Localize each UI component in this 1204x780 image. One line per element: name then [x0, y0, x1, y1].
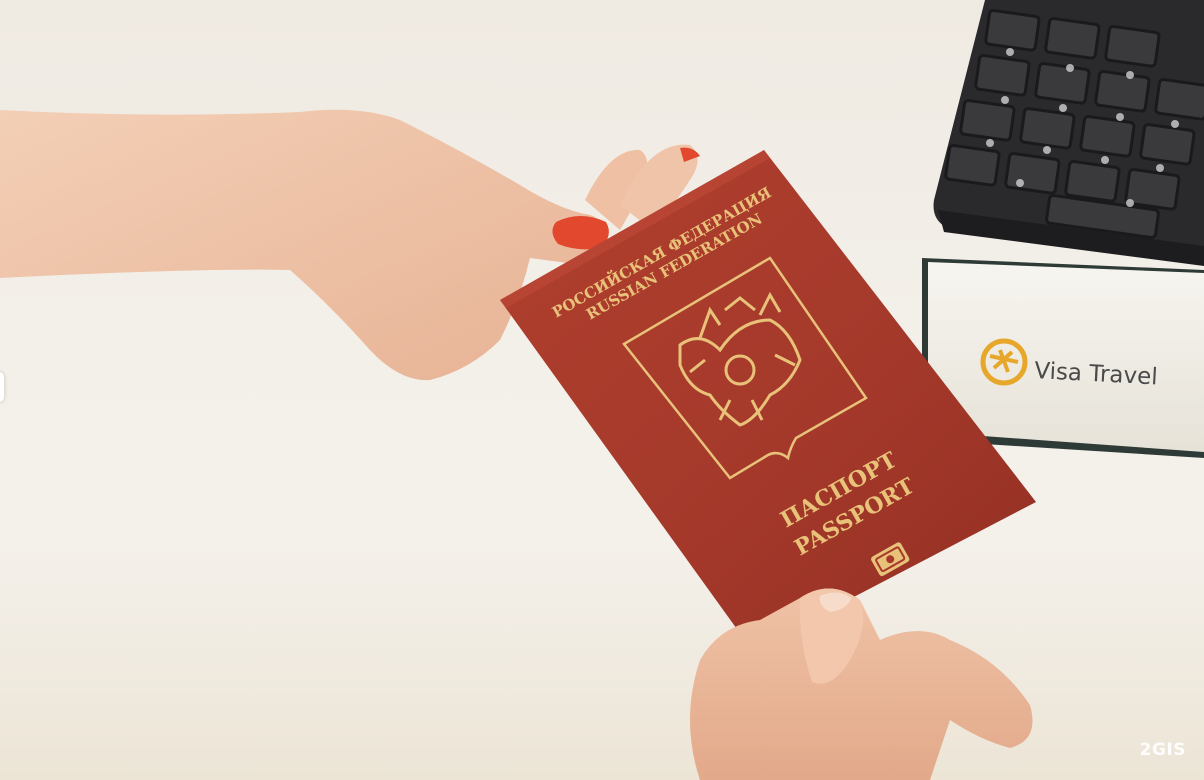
keyboard — [934, 0, 1204, 266]
photo-scene: Visa Travel РОССИЙСКАЯ ФЕДЕРАЦИЯ RUSSIAN… — [0, 0, 1204, 780]
left-edge-highlight — [0, 372, 4, 402]
watermark-2gis: 2GIS — [1140, 740, 1186, 760]
photo-canvas: Visa Travel РОССИЙСКАЯ ФЕДЕРАЦИЯ RUSSIAN… — [0, 0, 1204, 780]
